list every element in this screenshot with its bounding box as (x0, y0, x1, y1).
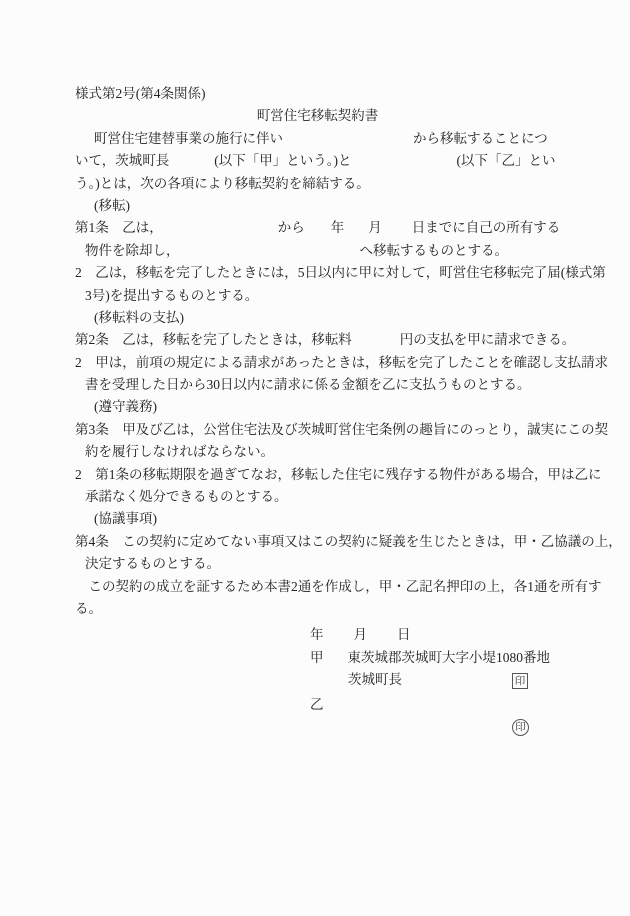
section-heading-obligation: (遵守義務) (75, 396, 560, 418)
blank-field-move-from (163, 231, 278, 232)
blank-field-sign-month (324, 638, 354, 639)
article-text: 第4条 この契約に定めてない事項又はこの契約に疑義を生じたときは，甲・乙協議の上… (75, 534, 622, 549)
preamble-line-1: 町営住宅建替事業の施行に伴いから移転することにつ (75, 128, 560, 150)
preamble-text: (以下「甲」という。)と (214, 153, 351, 168)
section-heading-text: (協議事項) (94, 511, 157, 526)
blank-field-source-housing (283, 142, 413, 143)
preamble-text: 町営住宅建替事業の施行に伴い (94, 131, 283, 146)
form-number: 様式第2号(第4条関係) (75, 83, 560, 105)
article-text: 約を履行しなければならない。 (85, 444, 274, 459)
party-a-title: 茨城町長 (348, 672, 402, 687)
article-text: 2 第1条の移転期限を過ぎてなお，移転した住宅に残存する物件がある場合，甲は乙に (75, 467, 602, 482)
party-a-address: 東茨城郡茨城町大字小堤1080番地 (348, 650, 551, 665)
article3-para2-line-2: 承諾なく処分できるものとする。 (75, 486, 560, 508)
article-text: 決定するものとする。 (85, 556, 220, 571)
preamble-text: (以下「乙」とい (456, 153, 555, 168)
article4-line-2: 決定するものとする。 (75, 553, 560, 575)
blank-field-sign-day (367, 638, 397, 639)
article-text: 月 (368, 220, 382, 235)
article-text: 2 甲は，前項の規定による請求があったときは，移転を完了したことを確認し支払請求 (75, 355, 608, 370)
closing-line-1: この契約の成立を証するため本書2通を作成し，甲・乙記名押印の上，各1通を所有す (75, 576, 560, 598)
document-title-text: 町営住宅移転契約書 (257, 108, 379, 123)
article-text: 物件を除却し， (85, 243, 180, 258)
article-text: 年 (331, 220, 345, 235)
date-day-label: 日 (397, 627, 411, 642)
party-a-seal-mark-icon: 印 (512, 673, 528, 689)
contract-document-page: 様式第2号(第4条関係) 町営住宅移転契約書 町営住宅建替事業の施行に伴いから移… (0, 0, 630, 916)
preamble-line-2: いて，茨城町長(以下「甲」という。)と(以下「乙」とい (75, 150, 560, 172)
article-text: 3号)を提出するものとする。 (85, 288, 258, 303)
article2-para2-line-1: 2 甲は，前項の規定による請求があったときは，移転を完了したことを確認し支払請求 (75, 352, 560, 374)
article1-line-2: 物件を除却し，へ移転するものとする。 (75, 240, 560, 262)
blank-field-tenant-name (351, 164, 456, 165)
closing-text: この契約の成立を証するため本書2通を作成し，甲・乙記名押印の上，各1通を所有す (89, 579, 602, 594)
closing-line-2: る。 (75, 598, 560, 620)
article1-para2-line-2: 3号)を提出するものとする。 (75, 285, 560, 307)
preamble-text: う。)とは，次の各項により移転契約を締結する。 (75, 176, 370, 191)
article-text: から (278, 220, 305, 235)
article2-line-1: 第2条 乙は，移転を完了したときは，移転料円の支払を甲に請求できる。 (75, 329, 560, 351)
preamble-text: いて，茨城町長 (75, 153, 169, 168)
section-heading-text: (移転) (94, 198, 130, 213)
signature-party-b-seal-line: 印 (75, 716, 560, 738)
article-text: 第3条 甲及び乙は，公営住宅法及び茨城町営住宅条例の趣旨にのっとり，誠実にこの契 (75, 422, 608, 437)
section-heading-text: (移転料の支払) (94, 310, 184, 325)
article-text: 2 乙は，移転を完了したときには，5日以内に甲に対して，町営住宅移転完了届(様式… (75, 265, 606, 280)
article-text: へ移転するものとする。 (360, 243, 509, 258)
article-text: 承諾なく処分できるものとする。 (85, 489, 288, 504)
article-text: 第1条 乙は， (75, 220, 163, 235)
preamble-text: から移転することにつ (413, 131, 548, 146)
section-heading-text: (遵守義務) (94, 399, 157, 414)
date-month-label: 月 (354, 627, 368, 642)
article4-line-1: 第4条 この契約に定めてない事項又はこの契約に疑義を生じたときは，甲・乙協議の上… (75, 531, 560, 553)
section-heading-relocation: (移転) (75, 195, 560, 217)
signature-party-a-title-line: 茨城町長印 (75, 669, 560, 691)
party-b-label: 乙 (310, 697, 324, 712)
blank-field-year (305, 231, 331, 232)
blank-field-move-to (180, 254, 360, 255)
article3-line-1: 第3条 甲及び乙は，公営住宅法及び茨城町営住宅条例の趣旨にのっとり，誠実にこの契 (75, 419, 560, 441)
closing-text: る。 (75, 601, 102, 616)
preamble-line-3: う。)とは，次の各項により移転契約を締結する。 (75, 173, 560, 195)
article-text: 円の支払を甲に請求できる。 (400, 332, 576, 347)
section-heading-consultation: (協議事項) (75, 508, 560, 530)
article-text: 日までに自己の所有する (412, 220, 561, 235)
article1-line-1: 第1条 乙は，から年月日までに自己の所有する (75, 217, 560, 239)
article2-para2-line-2: 書を受理した日から30日以内に請求に係る金額を乙に支払うものとする。 (75, 374, 560, 396)
blank-field-amount (352, 343, 400, 344)
document-title: 町営住宅移転契約書 (75, 105, 560, 127)
article3-line-2: 約を履行しなければならない。 (75, 441, 560, 463)
signature-date-line: 年月日 (75, 624, 560, 646)
party-a-gap (324, 661, 348, 662)
article-text: 書を受理した日から30日以内に請求に係る金額を乙に支払うものとする。 (85, 377, 531, 392)
blank-field-mayor-name (169, 164, 214, 165)
article-text: 第2条 乙は，移転を完了したときは，移転料 (75, 332, 352, 347)
party-a-label: 甲 (310, 650, 324, 665)
form-number-text: 様式第2号(第4条関係) (75, 86, 206, 101)
section-heading-payment: (移転料の支払) (75, 307, 560, 329)
party-b-seal-mark-icon: 印 (512, 719, 529, 736)
article3-para2-line-1: 2 第1条の移転期限を過ぎてなお，移転した住宅に残存する物件がある場合，甲は乙に (75, 464, 560, 486)
article1-para2-line-1: 2 乙は，移転を完了したときには，5日以内に甲に対して，町営住宅移転完了届(様式… (75, 262, 560, 284)
blank-field-mayor-signature (402, 683, 512, 684)
blank-field-day (382, 231, 412, 232)
signature-party-a-line: 甲東茨城郡茨城町大字小堤1080番地 (75, 647, 560, 669)
date-year-label: 年 (310, 627, 324, 642)
signature-party-b-line: 乙 (75, 694, 560, 716)
blank-field-month (344, 231, 368, 232)
